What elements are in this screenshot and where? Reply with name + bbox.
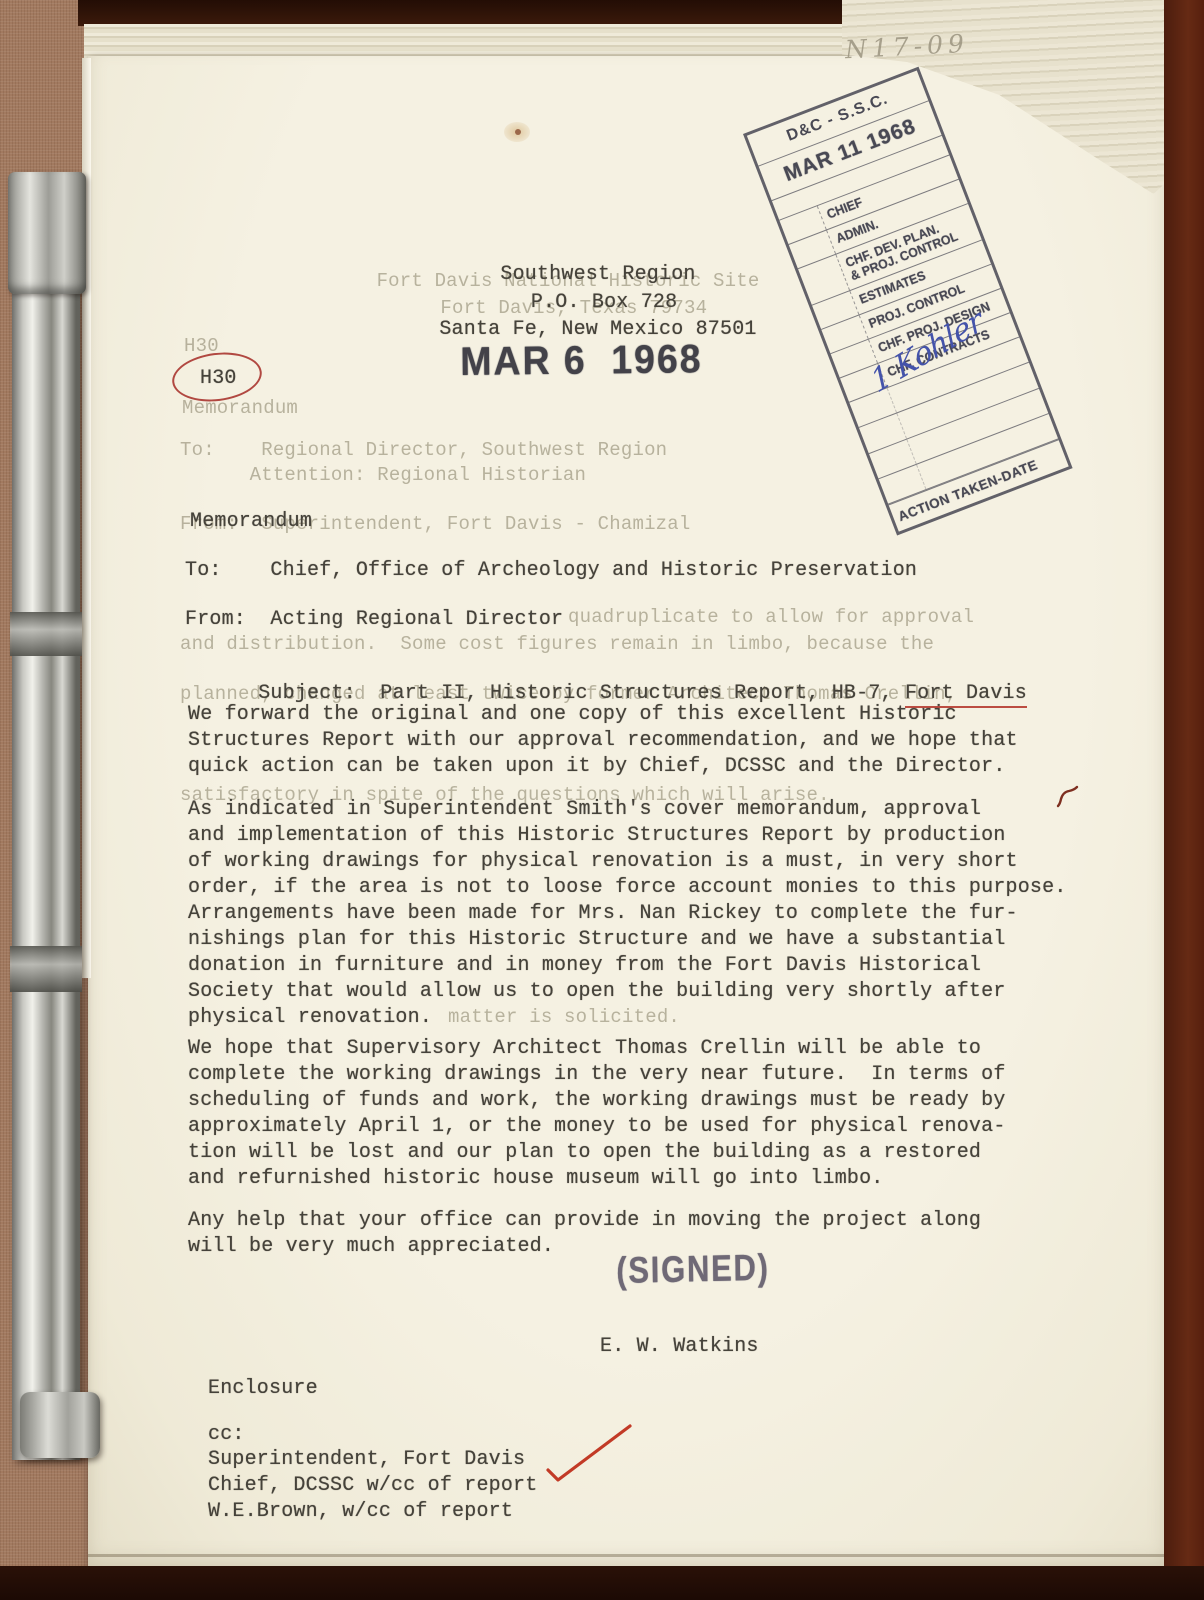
signed-stamp: (SIGNED) <box>616 1247 770 1292</box>
paragraph-4: Any help that your office can provide in… <box>188 1208 981 1260</box>
metal-fastener-foot <box>20 1392 100 1458</box>
paragraph-2: As indicated in Superintendent Smith's c… <box>188 797 1067 1031</box>
memo-from-line: From: Acting Regional Director <box>185 607 563 633</box>
date-received-stamp: MAR 6 1968 <box>460 337 703 385</box>
metal-fastener-band <box>10 612 82 656</box>
signer-name: E. W. Watkins <box>600 1334 759 1360</box>
metal-fastener-bar <box>12 176 80 1460</box>
memo-heading: Memorandum <box>190 509 312 535</box>
red-checkmark <box>540 1418 640 1488</box>
paper-bottom-edge <box>88 1554 1166 1557</box>
memo-page: Fort Davis National Historic Site Fort D… <box>88 56 1166 1570</box>
metal-fastener-band <box>10 946 82 992</box>
memo-to-line: To: Chief, Office of Archeology and Hist… <box>185 558 917 584</box>
paper-speck <box>515 129 521 135</box>
metal-fastener-top-clamp <box>8 172 86 294</box>
ghost-distribution-line: and distribution. Some cost figures rema… <box>180 632 934 657</box>
red-squiggle-mark <box>1054 780 1080 810</box>
cc-list: Superintendent, Fort Davis Chief, DCSSC … <box>208 1447 537 1525</box>
folder-shadow-bottom <box>0 1566 1204 1600</box>
enclosure-note: Enclosure <box>208 1376 318 1402</box>
paragraph-1: We forward the original and one copy of … <box>188 702 1018 780</box>
cc-heading: cc: <box>208 1422 245 1448</box>
ghost-enclosed-line: quadruplicate to allow for approval <box>568 605 974 630</box>
paragraph-3: We hope that Supervisory Architect Thoma… <box>188 1036 1006 1192</box>
scanned-memo-photo: Fort Davis National Historic Site Fort D… <box>0 0 1204 1600</box>
ghost-to-block: To: Regional Director, Southwest Region … <box>180 438 667 488</box>
folder-shadow-right <box>1164 0 1204 1600</box>
